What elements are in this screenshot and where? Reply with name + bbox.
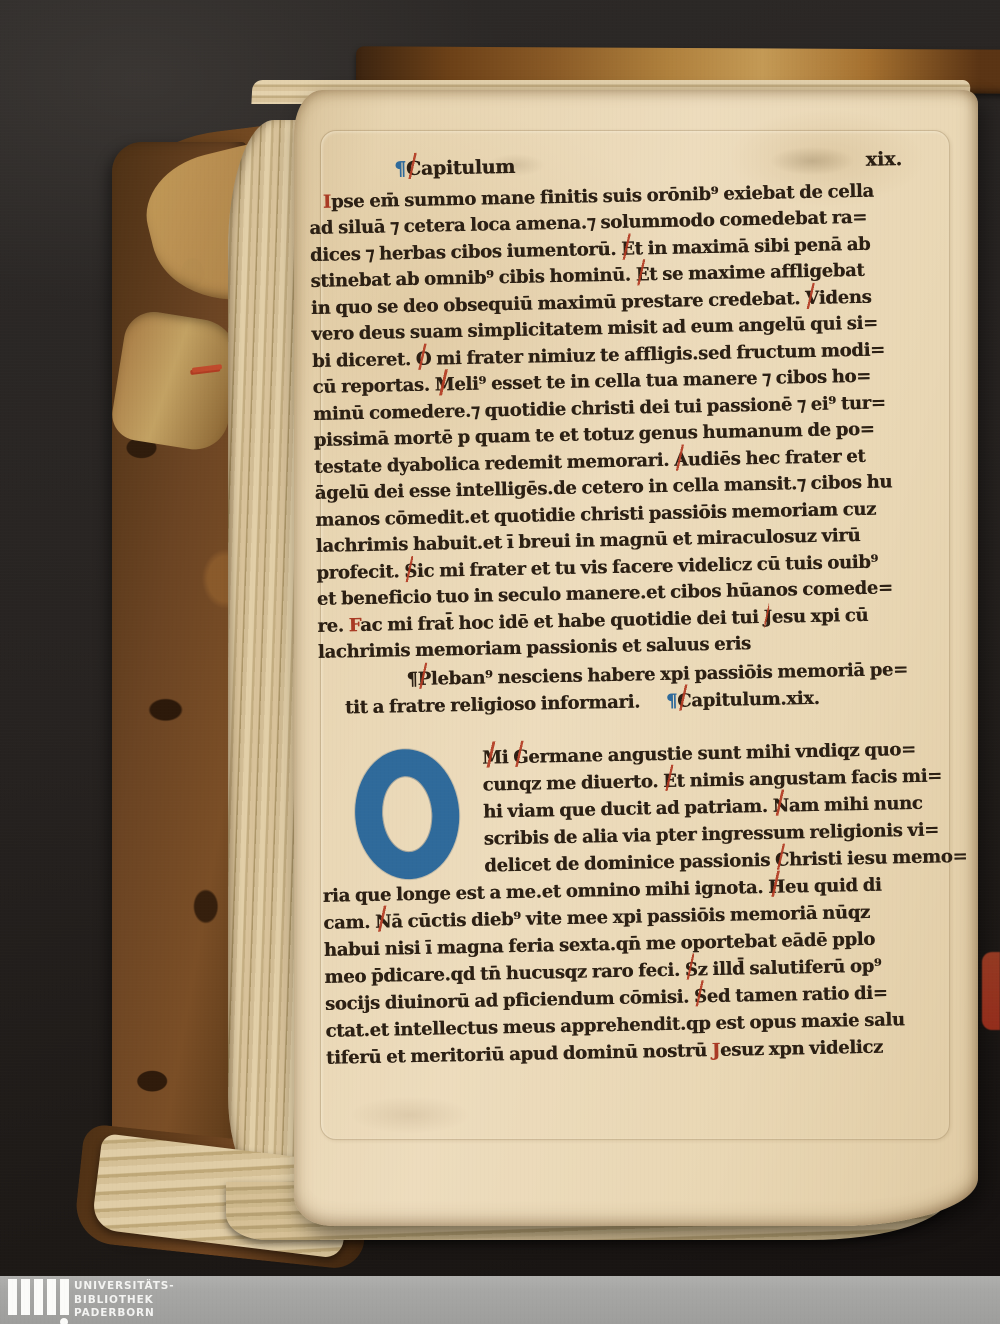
logo-bar [8, 1279, 17, 1315]
cover-left-board [112, 142, 246, 1234]
text-block: xix. ¶CapitulumIpse em̄ summo mane finit… [308, 145, 974, 1071]
logo-bar [21, 1279, 30, 1315]
cover-leather-strap [109, 308, 244, 455]
logo-bars [8, 1279, 69, 1315]
logo-line-2: BIBLIOTHEK [74, 1294, 175, 1308]
logo-dot [60, 1318, 68, 1324]
paragraph-chapter-18-text: Ipse em̄ summo mane finitis suis orōnib⁹… [309, 176, 966, 666]
logo-bar [60, 1279, 69, 1315]
logo-text: UNIVERSITÄTS- BIBLIOTHEK PADERBORN [74, 1280, 175, 1321]
book-photo: xix. ¶CapitulumIpse em̄ summo mane finit… [0, 0, 1000, 1324]
library-footer-band: UNIVERSITÄTS- BIBLIOTHEK PADERBORN [0, 1276, 1000, 1324]
paragraph-chapter-19-text: OMi Germane angustie sunt mihi vndiqz qu… [320, 734, 974, 1071]
red-show-through-right-edge [982, 952, 1000, 1030]
logo-bar [47, 1279, 56, 1315]
logo-bar [34, 1279, 43, 1315]
logo-line-3: PADERBORN [74, 1307, 175, 1321]
logo-line-1: UNIVERSITÄTS- [74, 1280, 175, 1294]
paragraph-chapter-19-intro: ¶Pleban⁹ nesciens habere xpi passiōis me… [318, 654, 967, 721]
